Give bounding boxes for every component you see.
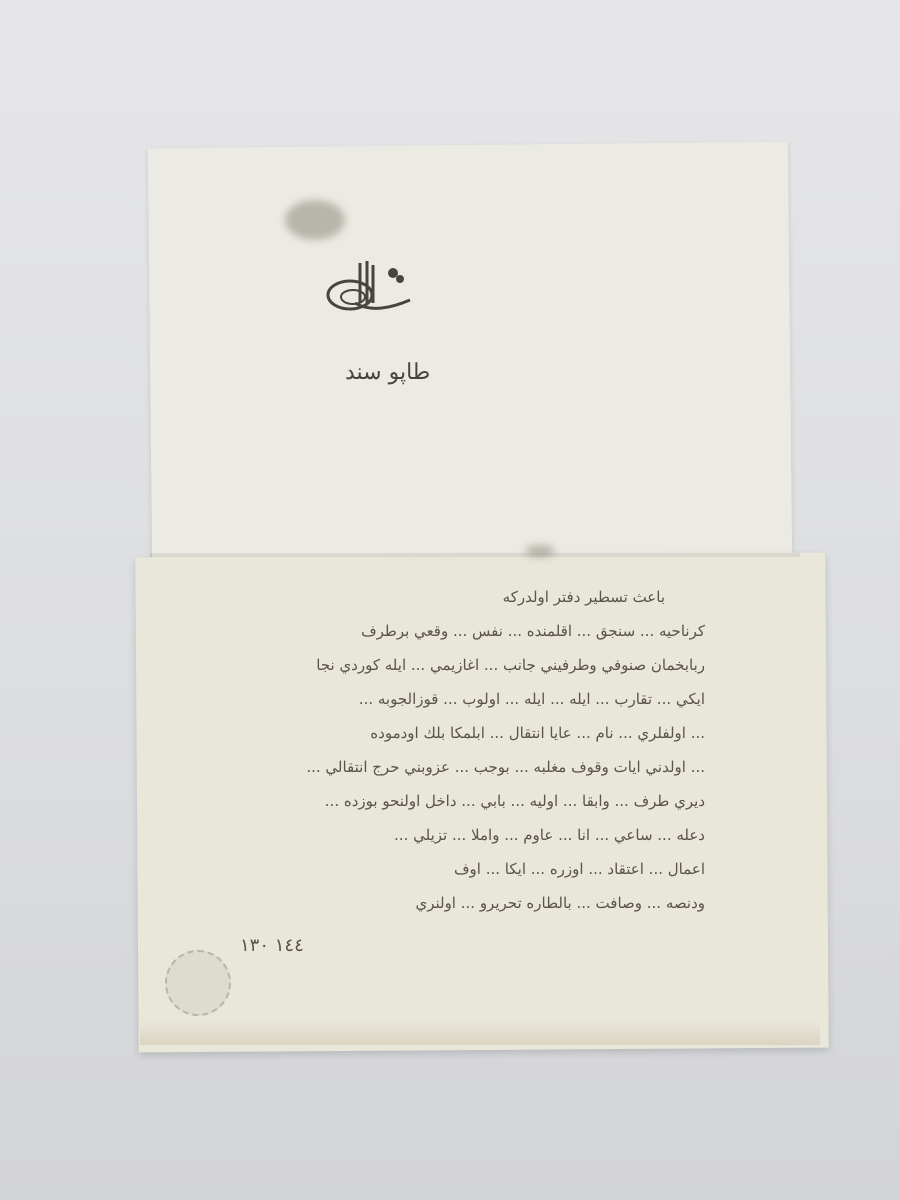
text-line: ايكي ... تقارب ... ايله ... ايله ... اول… <box>165 682 705 716</box>
tughra-icon <box>315 255 415 325</box>
text-line: دعله ... ساعي ... انا ... عاوم ... واملا… <box>165 818 705 852</box>
text-line: ... اولدني ايات وقوف مغلبه ... بوجب ... … <box>165 750 705 784</box>
ink-stain <box>525 545 555 557</box>
document-text: باعث تسطير دفتر اولدركه كرناحيه ... سنجق… <box>165 580 705 920</box>
water-stain <box>140 1020 820 1045</box>
text-line: كرناحيه ... سنجق ... اقلمنده ... نفس ...… <box>165 614 705 648</box>
ink-stain <box>285 200 345 240</box>
text-line: ... اولفلري ... نام ... عايا انتقال ... … <box>165 716 705 750</box>
date: ۱٤٤ ۱۳۰ <box>240 935 304 956</box>
text-line: ودنصه ... وصافت ... بالطاره تحريرو ... ا… <box>165 886 705 920</box>
tughra-caption: طاپو سند <box>345 360 430 385</box>
text-line: اعمال ... اعتقاد ... اوزره ... ايكا ... … <box>165 852 705 886</box>
fold-line <box>150 553 800 557</box>
document-upper-half <box>148 142 792 569</box>
heading-line: باعث تسطير دفتر اولدركه <box>165 580 705 614</box>
seal-stamp <box>165 950 231 1016</box>
text-line: ديري طرف ... وابقا ... اوليه ... بابي ..… <box>165 784 705 818</box>
text-line: ربابخمان صنوفي وطرفيني جانب ... اغازيمي … <box>165 648 705 682</box>
